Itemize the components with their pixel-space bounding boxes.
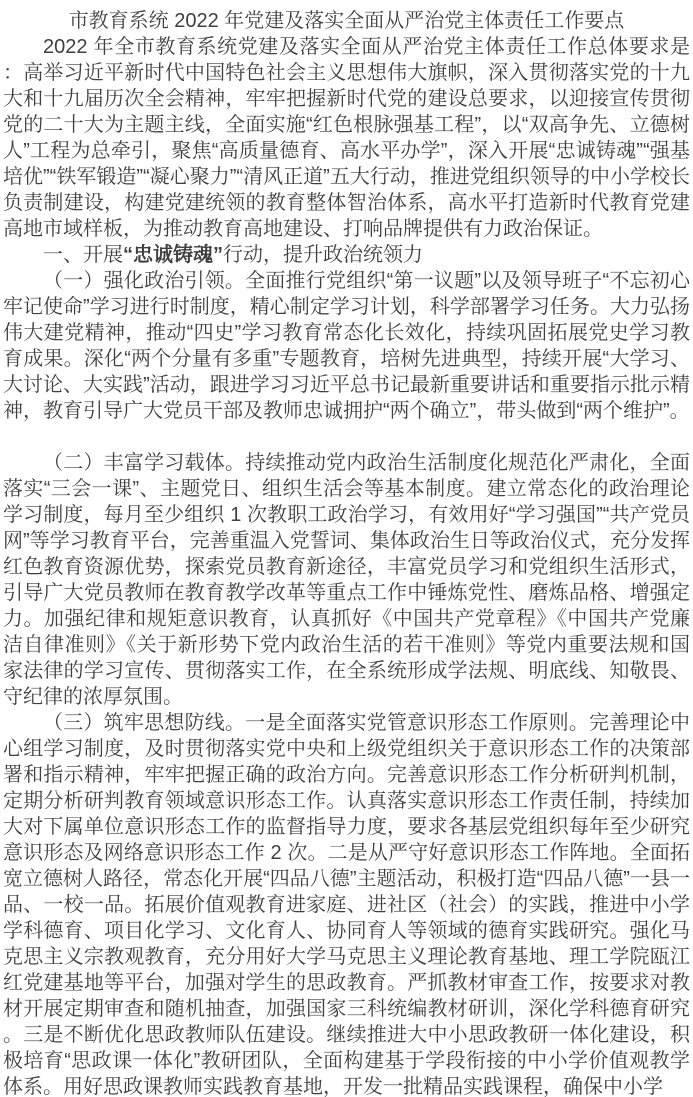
section-1-heading-pre: 一、开展 <box>43 244 123 266</box>
document-title: 市教育系统 2022 年党建及落实全面从严治党主体责任工作要点 <box>3 8 690 34</box>
blank-line-spacer <box>3 424 690 450</box>
section-1-paragraph-2: （二）丰富学习载体。持续推动党内政治生活制度化规范化严肃化，全面落实“三会一课”… <box>3 450 690 710</box>
section-1-paragraph-3: （三）筑牢思想防线。一是全面落实党管意识形态工作原则。完善理论中心组学习制度，及… <box>3 710 690 1097</box>
section-1-paragraph-1: （一）强化政治引领。全面推行党组织“第一议题”以及领导班子“不忘初心牢记使命”学… <box>3 268 690 424</box>
section-1-heading: 一、开展“忠诚铸魂”行动，提升政治统领力 <box>3 242 690 268</box>
intro-paragraph: 2022 年全市教育系统党建及落实全面从严治党主体责任工作总体要求是：高举习近平… <box>3 34 690 242</box>
document-page: 市教育系统 2022 年党建及落实全面从严治党主体责任工作要点 2022 年全市… <box>0 0 693 1097</box>
section-1-heading-post: 行动，提升政治统领力 <box>223 244 423 266</box>
section-1-heading-bold: “忠诚铸魂” <box>123 244 223 266</box>
